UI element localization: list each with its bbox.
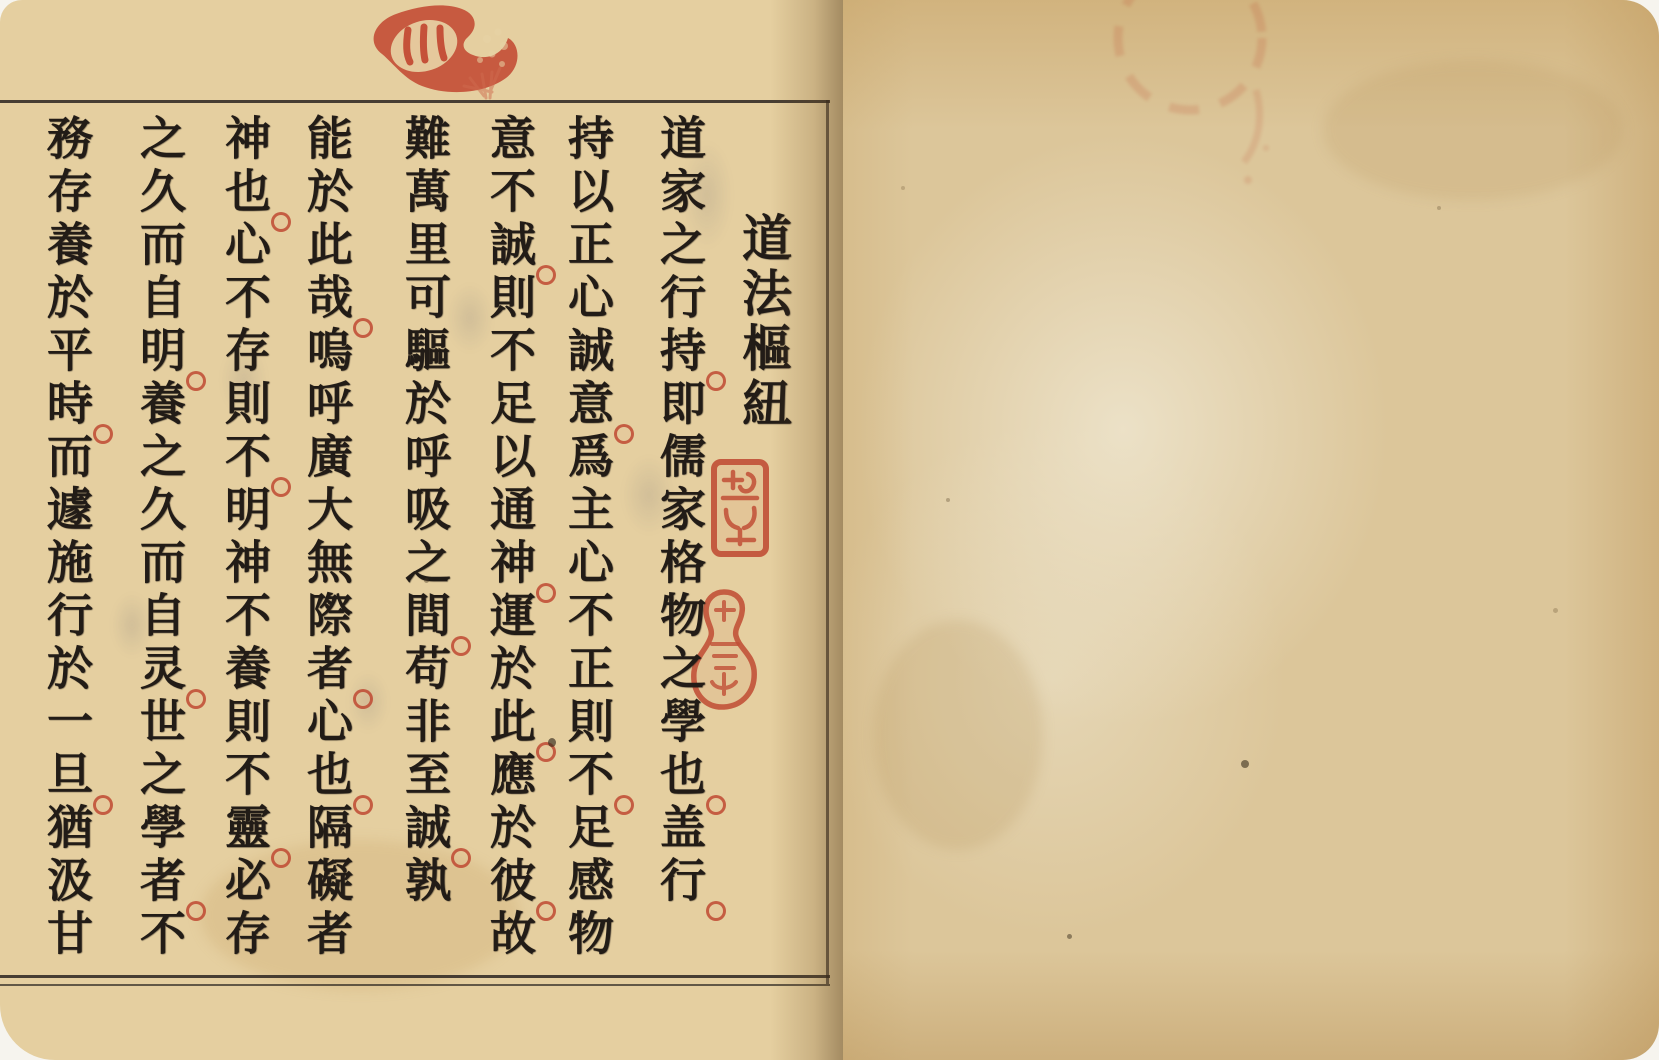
vermillion-reading-mark xyxy=(271,477,291,497)
vermillion-reading-mark xyxy=(536,901,556,921)
text-column-6: 神也心不存則不明神不養則不靈必存 xyxy=(209,114,281,994)
left-page: 道法樞紐 道家之行持即儒家格物之學也盖行持以正心誠意爲主心不正則不足感物意不誠則… xyxy=(0,0,843,1060)
vermillion-reading-mark xyxy=(706,795,726,815)
vermillion-reading-mark xyxy=(353,318,373,338)
square-collector-seal xyxy=(710,458,770,558)
paper-speck xyxy=(424,578,429,583)
vermillion-reading-mark xyxy=(93,424,113,444)
vermillion-reading-mark xyxy=(614,424,634,444)
text-column-5: 能於此哉嗚呼廣大無際者心也隔礙者 xyxy=(291,114,363,994)
text-column-4: 難萬里可驅於呼吸之間苟非至誠孰 xyxy=(389,114,461,994)
vermillion-reading-mark xyxy=(353,795,373,815)
paper-speck xyxy=(1553,608,1558,613)
vermillion-reading-mark xyxy=(271,212,291,232)
text-column-1: 道家之行持即儒家格物之學也盖行 xyxy=(644,114,716,994)
right-page-blank xyxy=(843,0,1659,1060)
text-column-7: 之久而自明養之久而自灵世之學者不 xyxy=(124,114,196,994)
vermillion-reading-mark xyxy=(451,636,471,656)
vermillion-reading-mark xyxy=(93,795,113,815)
vermillion-reading-mark xyxy=(706,901,726,921)
paper-speck xyxy=(548,738,556,747)
text-column-2: 持以正心誠意爲主心不正則不足感物 xyxy=(552,114,624,994)
vermillion-reading-mark xyxy=(706,371,726,391)
vermillion-reading-mark xyxy=(186,689,206,709)
paper-stain xyxy=(1323,60,1623,200)
manuscript-spread: 道法樞紐 道家之行持即儒家格物之學也盖行持以正心誠意爲主心不正則不足感物意不誠則… xyxy=(0,0,1659,1060)
text-column-8: 務存養於平時而遽施行於一旦猶汲甘 xyxy=(31,114,103,994)
paper-stain xyxy=(873,620,1043,850)
vermillion-reading-mark xyxy=(271,848,291,868)
text-column-3: 意不誠則不足以通神運於此應於彼故 xyxy=(474,114,546,994)
gourd-seal-top xyxy=(352,0,552,109)
paper-speck xyxy=(1067,934,1072,939)
vermillion-reading-mark xyxy=(536,583,556,603)
vermillion-reading-mark xyxy=(186,901,206,921)
vermillion-reading-mark xyxy=(614,795,634,815)
vermillion-reading-mark xyxy=(353,689,373,709)
paper-speck xyxy=(1241,760,1249,768)
paper-speck xyxy=(901,186,905,190)
vermillion-reading-mark xyxy=(451,848,471,868)
seal-residue-top-right xyxy=(1060,0,1320,246)
gutter-shadow xyxy=(770,0,843,1060)
paper-speck xyxy=(1437,206,1441,210)
vermillion-reading-mark xyxy=(186,371,206,391)
paper-speck xyxy=(946,498,950,502)
vermillion-reading-mark xyxy=(536,265,556,285)
